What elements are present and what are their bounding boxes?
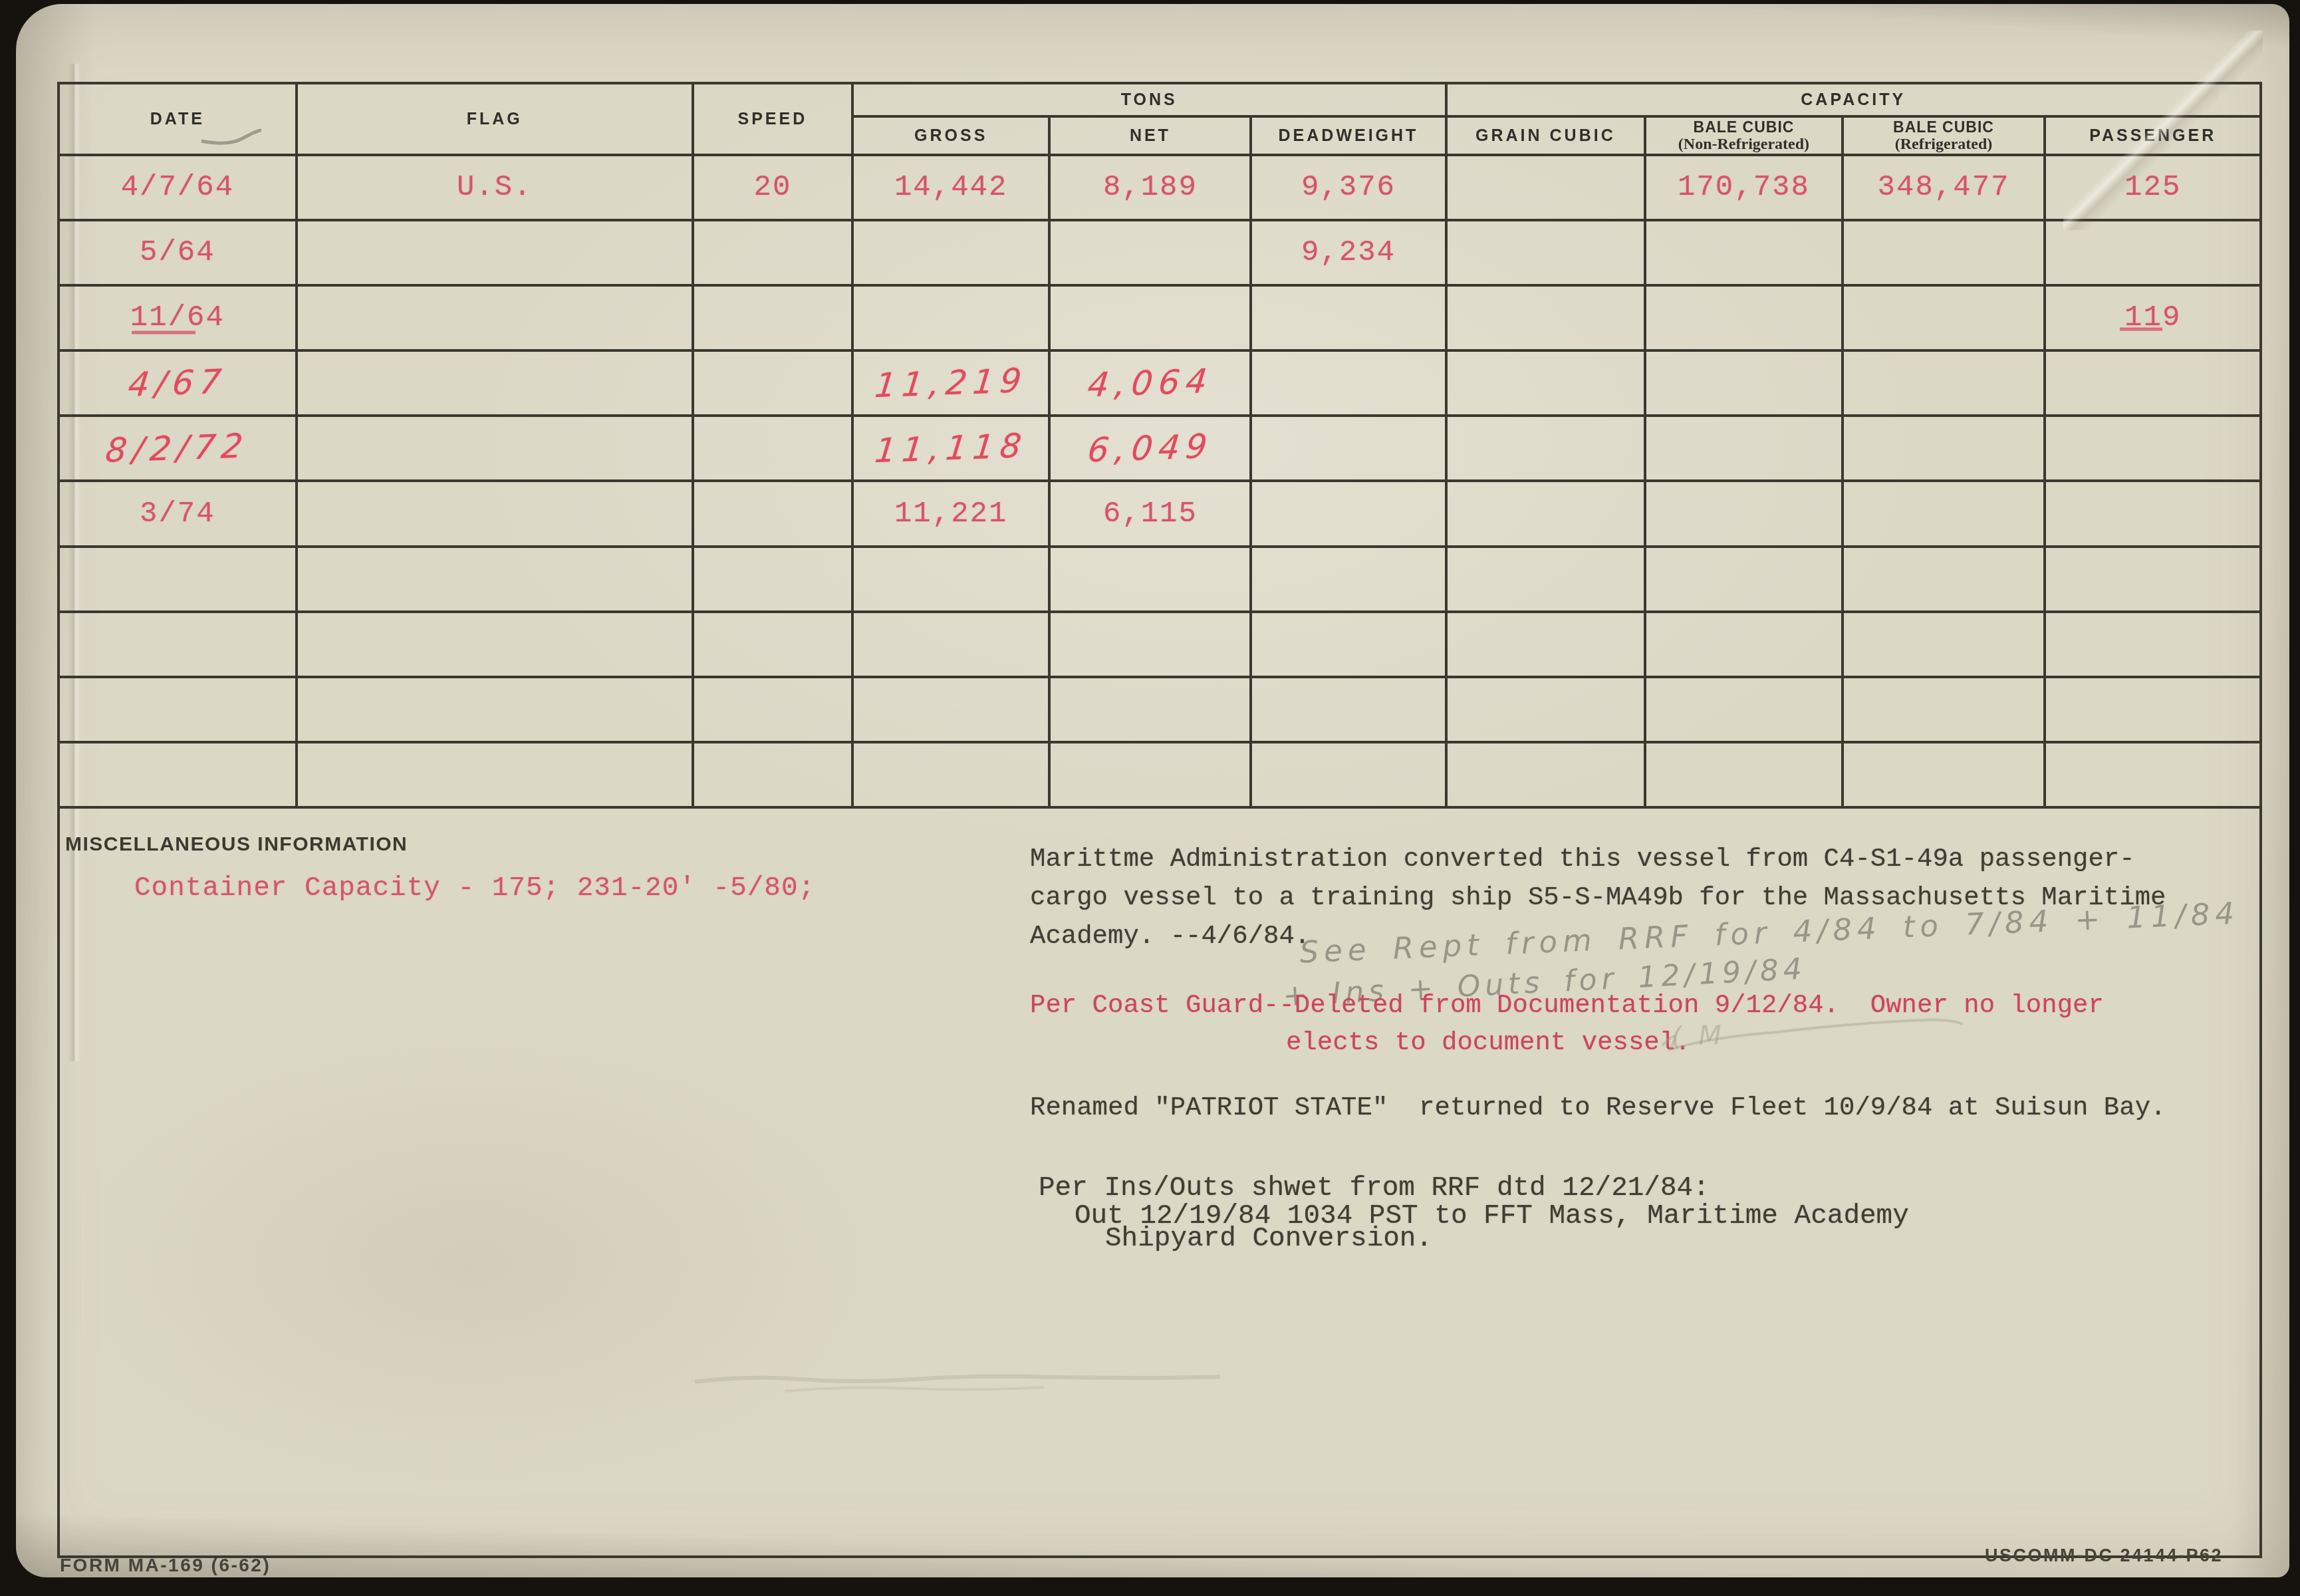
col-header-passenger: PASSENGER: [2045, 116, 2261, 155]
col-header-flag: FLAG: [297, 83, 693, 155]
table-cell: [1251, 612, 1446, 677]
col-header-bale-cubic-ref: BALE CUBIC (Refrigerated): [1843, 116, 2045, 155]
table-row: [59, 612, 2261, 677]
vessel-record-table: DATE FLAG SPEED TONS CAPACITY GROSS NET …: [57, 82, 2262, 809]
table-cell: [59, 547, 297, 612]
table-cell: 5/64: [59, 220, 297, 285]
scanned-vessel-record-card: { "colors": { "paper": "#dcd8c6", "line"…: [0, 0, 2300, 1596]
table-cell: [59, 677, 297, 742]
typed-value: U.S.: [457, 171, 533, 204]
paper-sheet: DATE FLAG SPEED TONS CAPACITY GROSS NET …: [16, 4, 2289, 1577]
table-cell: [2045, 742, 2261, 807]
table-cell: 11,118: [852, 416, 1049, 481]
col-header-deadweight: DEADWEIGHT: [1251, 116, 1446, 155]
table-cell: [297, 742, 693, 807]
typed-value: 11/64: [130, 301, 225, 334]
table-cell: [852, 612, 1049, 677]
table-cell: [1446, 416, 1646, 481]
table-cell: [1645, 350, 1842, 416]
table-cell: 170,738: [1645, 155, 1842, 220]
typed-value: 9,234: [1301, 236, 1396, 269]
table-cell: 6,049: [1049, 416, 1251, 481]
table-row: [59, 742, 2261, 807]
ins-outs-note-line3: Shipyard Conversion.: [1105, 1224, 1432, 1254]
table-cell: [852, 220, 1049, 285]
table-header: DATE FLAG SPEED TONS CAPACITY GROSS NET …: [59, 83, 2261, 155]
table-cell: [1843, 547, 2045, 612]
coast-guard-note-line2: elects to document vessel.: [1286, 1028, 1691, 1057]
table-cell: [297, 416, 693, 481]
table-cell: [1446, 547, 1646, 612]
col-header-date: DATE: [59, 83, 297, 155]
table-row: 3/7411,2216,115: [59, 481, 2261, 546]
typed-value: 20: [753, 171, 791, 204]
table-cell: 11/64: [59, 285, 297, 350]
bale-ref-line2: (Refrigerated): [1844, 136, 2044, 153]
table-cell: [852, 547, 1049, 612]
typed-value: 170,738: [1678, 171, 1810, 204]
table-cell: [1251, 547, 1446, 612]
table-cell: [1645, 677, 1842, 742]
table-cell: [693, 416, 852, 481]
table-cell: [693, 612, 852, 677]
col-header-gross: GROSS: [852, 116, 1049, 155]
table-row: 4/6711,2194,064: [59, 350, 2261, 416]
table-cell: [1645, 416, 1842, 481]
handwritten-value: 4,064: [1086, 362, 1215, 405]
table-cell: [297, 547, 693, 612]
typed-value: 8,189: [1103, 171, 1198, 204]
group-header-tons: TONS: [852, 83, 1446, 116]
table-cell: [693, 350, 852, 416]
table-cell: [1843, 677, 2045, 742]
handwritten-value: 11,118: [873, 426, 1029, 470]
bale-nonref-line2: (Non-Refrigerated): [1646, 136, 1841, 153]
table-row: 4/7/64U.S.2014,4428,1899,376170,738348,4…: [59, 155, 2261, 220]
table-cell: [1645, 742, 1842, 807]
table-cell: [1446, 481, 1646, 546]
table-cell: [1843, 416, 2045, 481]
table-cell: [1049, 742, 1251, 807]
ins-outs-note-line1: Per Ins/Outs shwet from RRF dtd 12/21/84…: [1039, 1173, 1710, 1204]
table-cell: 9,234: [1251, 220, 1446, 285]
col-header-bale-cubic-nonref: BALE CUBIC (Non-Refrigerated): [1645, 116, 1842, 155]
typed-value: 125: [2124, 171, 2181, 204]
table-cell: [297, 285, 693, 350]
table-cell: 11,219: [852, 350, 1049, 416]
table-cell: 4,064: [1049, 350, 1251, 416]
form-border: DATE FLAG SPEED TONS CAPACITY GROSS NET …: [57, 82, 2262, 1558]
table-cell: [2045, 677, 2261, 742]
table-cell: [1049, 285, 1251, 350]
table-cell: 348,477: [1843, 155, 2045, 220]
table-cell: [2045, 220, 2261, 285]
typed-value: 11,221: [894, 497, 1007, 531]
table-cell: [1446, 285, 1646, 350]
table-cell: 119: [2045, 285, 2261, 350]
table-body: 4/7/64U.S.2014,4428,1899,376170,738348,4…: [59, 155, 2261, 807]
table-cell: [1446, 677, 1646, 742]
table-cell: [297, 220, 693, 285]
table-cell: [2045, 481, 2261, 546]
table-cell: [1843, 350, 2045, 416]
table-cell: 20: [693, 155, 852, 220]
table-cell: [1251, 350, 1446, 416]
table-cell: [59, 612, 297, 677]
table-cell: 4/67: [59, 350, 297, 416]
table-cell: [297, 350, 693, 416]
bale-nonref-line1: BALE CUBIC: [1646, 118, 1841, 136]
table-cell: 6,115: [1049, 481, 1251, 546]
table-cell: [1049, 612, 1251, 677]
typed-value: 348,477: [1878, 171, 2010, 204]
typed-value: 5/64: [140, 236, 215, 269]
table-cell: [1843, 742, 2045, 807]
handwritten-value: 6,049: [1086, 427, 1215, 470]
table-cell: [1645, 612, 1842, 677]
table-cell: [693, 547, 852, 612]
table-cell: [693, 677, 852, 742]
table-cell: 4/7/64: [59, 155, 297, 220]
table-cell: 9,376: [1251, 155, 1446, 220]
table-cell: [1446, 350, 1646, 416]
group-header-capacity: CAPACITY: [1446, 83, 2261, 116]
print-code-label: USCOMM-DC 24144-P62: [1985, 1545, 2223, 1566]
table-cell: [852, 285, 1049, 350]
table-cell: [852, 742, 1049, 807]
maritime-note-line3: Academy. --4/6/84.: [1030, 922, 1310, 951]
handwritten-value: 4/67: [126, 362, 229, 404]
table-cell: [297, 612, 693, 677]
table-cell: [1251, 416, 1446, 481]
typed-value: 14,442: [894, 171, 1007, 204]
table-cell: [1446, 155, 1646, 220]
table-cell: [1843, 612, 2045, 677]
table-cell: [1843, 481, 2045, 546]
table-cell: [1446, 612, 1646, 677]
table-cell: [693, 220, 852, 285]
table-cell: [1251, 481, 1446, 546]
typed-value: 3/74: [140, 497, 215, 531]
miscellaneous-information-label: MISCELLANEOUS INFORMATION: [65, 833, 408, 856]
col-header-net: NET: [1049, 116, 1251, 155]
bale-ref-line1: BALE CUBIC: [1844, 118, 2044, 136]
table-cell: 11,221: [852, 481, 1049, 546]
table-cell: [693, 285, 852, 350]
handwritten-value: 8/2/72: [104, 427, 251, 471]
table-cell: [59, 742, 297, 807]
form-number-label: FORM MA-169 (6-62): [60, 1555, 271, 1576]
table-cell: [2045, 416, 2261, 481]
typed-value: 4/7/64: [121, 171, 234, 204]
col-header-speed: SPEED: [693, 83, 852, 155]
table-cell: [1645, 547, 1842, 612]
table-cell: 14,442: [852, 155, 1049, 220]
table-cell: [297, 677, 693, 742]
table-cell: [2045, 612, 2261, 677]
table-row: [59, 677, 2261, 742]
table-cell: [1049, 677, 1251, 742]
table-row: 5/649,234: [59, 220, 2261, 285]
coast-guard-note-line1: Per Coast Guard--Deleted from Documentat…: [1030, 991, 2104, 1020]
table-row: 8/2/7211,1186,049: [59, 416, 2261, 481]
table-cell: [693, 742, 852, 807]
table-cell: [2045, 547, 2261, 612]
table-cell: U.S.: [297, 155, 693, 220]
table-cell: [2045, 350, 2261, 416]
table-cell: [1251, 677, 1446, 742]
table-cell: [852, 677, 1049, 742]
table-cell: [1251, 742, 1446, 807]
table-cell: [693, 481, 852, 546]
table-row: [59, 547, 2261, 612]
table-cell: [1645, 285, 1842, 350]
table-cell: 8/2/72: [59, 416, 297, 481]
table-cell: [1645, 220, 1842, 285]
typed-value: 119: [2124, 301, 2181, 334]
col-header-grain-cubic: GRAIN CUBIC: [1446, 116, 1646, 155]
table-cell: [1843, 220, 2045, 285]
table-cell: [1049, 547, 1251, 612]
table-cell: [1251, 285, 1446, 350]
renamed-note: Renamed "PATRIOT STATE" returned to Rese…: [1030, 1093, 2166, 1123]
typed-value: 6,115: [1103, 497, 1198, 531]
typed-value: 9,376: [1301, 171, 1396, 204]
table-cell: 3/74: [59, 481, 297, 546]
table-cell: [1446, 220, 1646, 285]
handwritten-value: 11,219: [873, 361, 1029, 405]
maritime-note-line1: Marittme Administration converted this v…: [1030, 845, 2135, 874]
table-cell: 125: [2045, 155, 2261, 220]
container-capacity-note: Container Capacity - 175; 231-20' -5/80;: [134, 873, 815, 904]
table-cell: [1645, 481, 1842, 546]
table-cell: 8,189: [1049, 155, 1251, 220]
table-row: 11/64119: [59, 285, 2261, 350]
table-cell: [1049, 220, 1251, 285]
table-cell: [1446, 742, 1646, 807]
table-cell: [1843, 285, 2045, 350]
table-cell: [297, 481, 693, 546]
